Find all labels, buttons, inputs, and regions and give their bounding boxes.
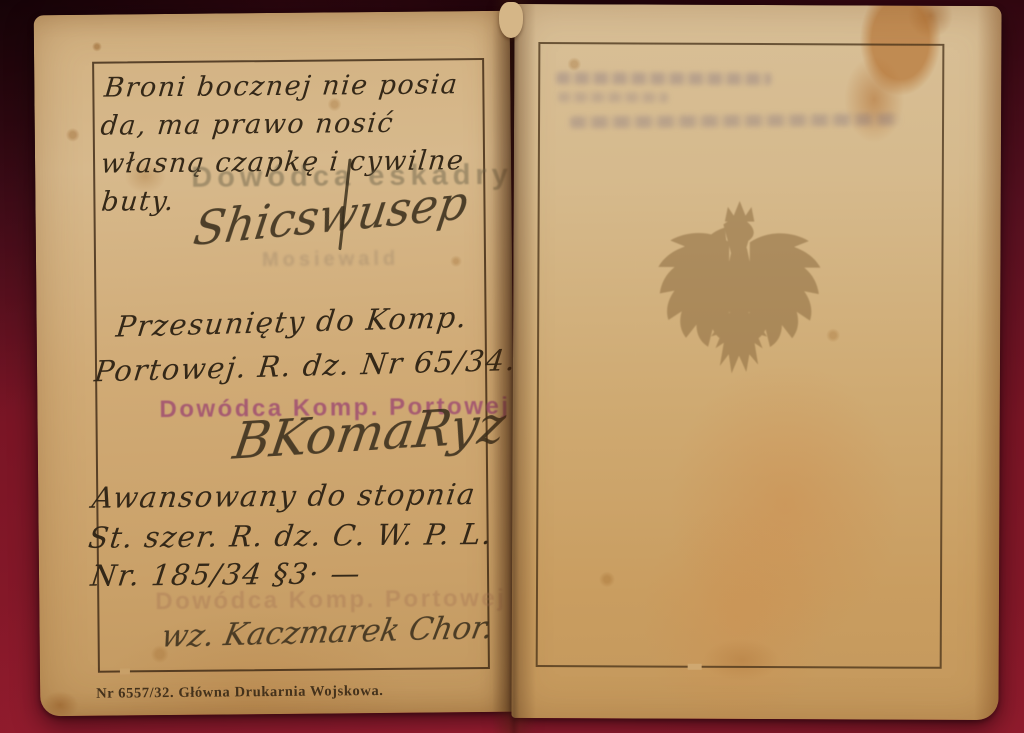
handwritten-note-line: własną czapkę i cywilne xyxy=(100,145,466,180)
handwritten-note-line: Broni bocznej nie posia xyxy=(103,69,460,103)
faded-stamp-illegible xyxy=(570,113,900,128)
faded-stamp-illegible xyxy=(556,72,771,85)
fold-torn-edge xyxy=(499,2,523,38)
signature-deputy-chor: wz. Kaczmarek Chor. xyxy=(158,610,496,655)
right-page-border-frame xyxy=(536,42,945,669)
printer-imprint-text: Nr 6557/32. Główna Drukarnia Wojskowa. xyxy=(96,683,383,703)
handwritten-note-line: Przesunięty do Komp. xyxy=(114,300,469,344)
stamp-dowodca-komp-portowej: Dowódca Komp. Portowej xyxy=(159,393,510,424)
handwritten-note-line: Awansowany do stopnia xyxy=(90,477,478,515)
handwritten-note-line: da, ma prawo nosić xyxy=(99,108,395,142)
booklet-left-page: Broni bocznej nie posia da, ma prawo nos… xyxy=(34,11,517,717)
signature-commander-portowej: BKomaRyz xyxy=(230,395,510,470)
left-page-border-frame xyxy=(92,58,490,673)
faded-stamp-illegible: Mosiewald xyxy=(262,248,399,272)
signature-commander-eskadry: Shicswusep xyxy=(190,175,471,257)
handwritten-note-line: buty. xyxy=(100,186,176,218)
handwritten-note-line: Nr. 185/34 §3· — xyxy=(89,556,364,593)
faded-stamp-eskadry: Dowódca eskadry xyxy=(191,159,513,195)
booklet-right-page xyxy=(511,4,1001,720)
faded-stamp-dowodca-komp-portowej: Dowódca Komp. Portowej xyxy=(155,585,506,616)
handwritten-note-line: St. szer. R. dz. C. W. P. L. xyxy=(86,517,495,555)
polish-crowned-eagle-icon xyxy=(655,195,824,382)
pen-stroke-mark xyxy=(338,158,351,250)
photo-backdrop: Broni bocznej nie posia da, ma prawo nos… xyxy=(0,0,1024,733)
faded-stamp-illegible xyxy=(558,92,668,102)
handwritten-note-line: Portowej. R. dz. Nr 65/34. xyxy=(93,343,519,388)
